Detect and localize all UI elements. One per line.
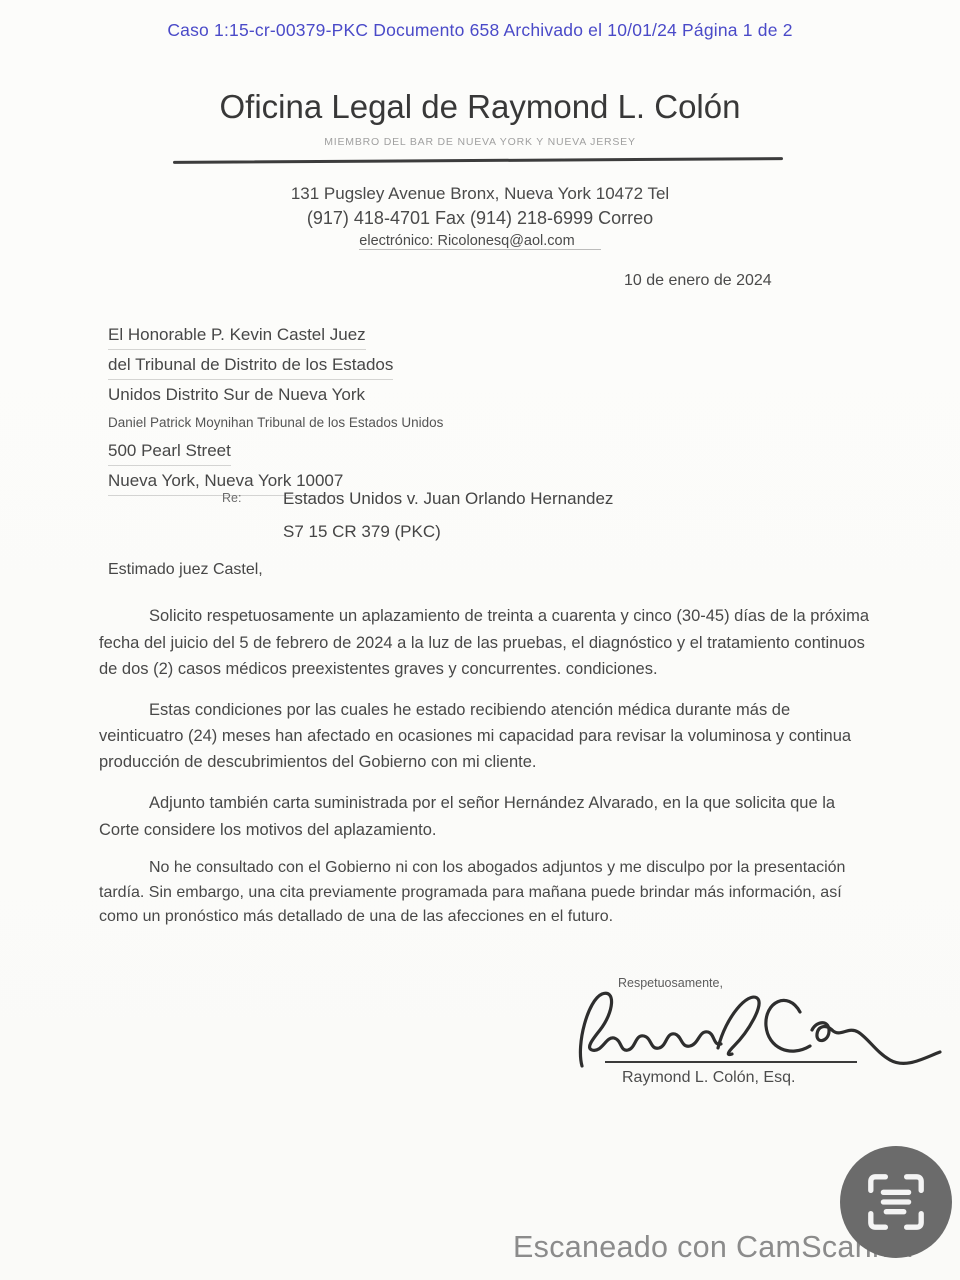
body-paragraph-1: Solicito respetuosamente un aplazamiento… (99, 603, 871, 683)
letterhead-bar-membership: MIEMBRO DEL BAR DE NUEVA YORK Y NUEVA JE… (0, 136, 960, 148)
letter-date: 10 de enero de 2024 (624, 272, 772, 290)
case-name: Estados Unidos v. Juan Orlando Hernandez (283, 487, 703, 511)
contact-email-text: electrónico: Ricolonesq@aol.com (359, 233, 600, 250)
signatory-name: Raymond L. Colón, Esq. (622, 1069, 795, 1087)
body-paragraph-2: Estas condiciones por las cuales he esta… (99, 697, 871, 775)
contact-address: 131 Pugsley Avenue Bronx, Nueva York 104… (0, 181, 960, 206)
recipient-address-block: El Honorable P. Kevin Castel Juez del Tr… (108, 320, 443, 496)
re-label: Re: (222, 491, 241, 505)
contact-email: electrónico: Ricolonesq@aol.com (0, 231, 960, 252)
body-paragraph-4: No he consultado con el Gobierno ni con … (99, 856, 871, 930)
contact-phone-fax: (917) 418-4701 Fax (914) 218-6999 Correo (0, 206, 960, 231)
letterhead-contact-block: 131 Pugsley Avenue Bronx, Nueva York 104… (0, 181, 960, 252)
case-number: S7 15 CR 379 (PKC) (283, 520, 703, 544)
re-content: Estados Unidos v. Juan Orlando Hernandez… (283, 487, 703, 544)
signature-underline (605, 1061, 857, 1063)
recipient-line: del Tribunal de Distrito de los Estados (108, 350, 443, 380)
body-paragraph-3: Adjunto también carta suministrada por e… (99, 790, 871, 843)
recipient-line: El Honorable P. Kevin Castel Juez (108, 320, 443, 350)
recipient-street-line: 500 Pearl Street (108, 436, 443, 466)
scanned-letter-page: Caso 1:15-cr-00379-PKC Documento 658 Arc… (0, 0, 960, 1280)
recipient-courthouse-line: Daniel Patrick Moynihan Tribunal de los … (108, 409, 443, 436)
court-filing-header: Caso 1:15-cr-00379-PKC Documento 658 Arc… (0, 20, 960, 41)
letterhead-firm-name: Oficina Legal de Raymond L. Colón (0, 88, 960, 126)
salutation: Estimado juez Castel, (108, 561, 263, 579)
recipient-line: Unidos Distrito Sur de Nueva York (108, 380, 443, 409)
camscanner-scan-frame-icon (840, 1146, 952, 1258)
handwritten-signature (568, 986, 946, 1070)
letterhead-divider (173, 157, 783, 164)
